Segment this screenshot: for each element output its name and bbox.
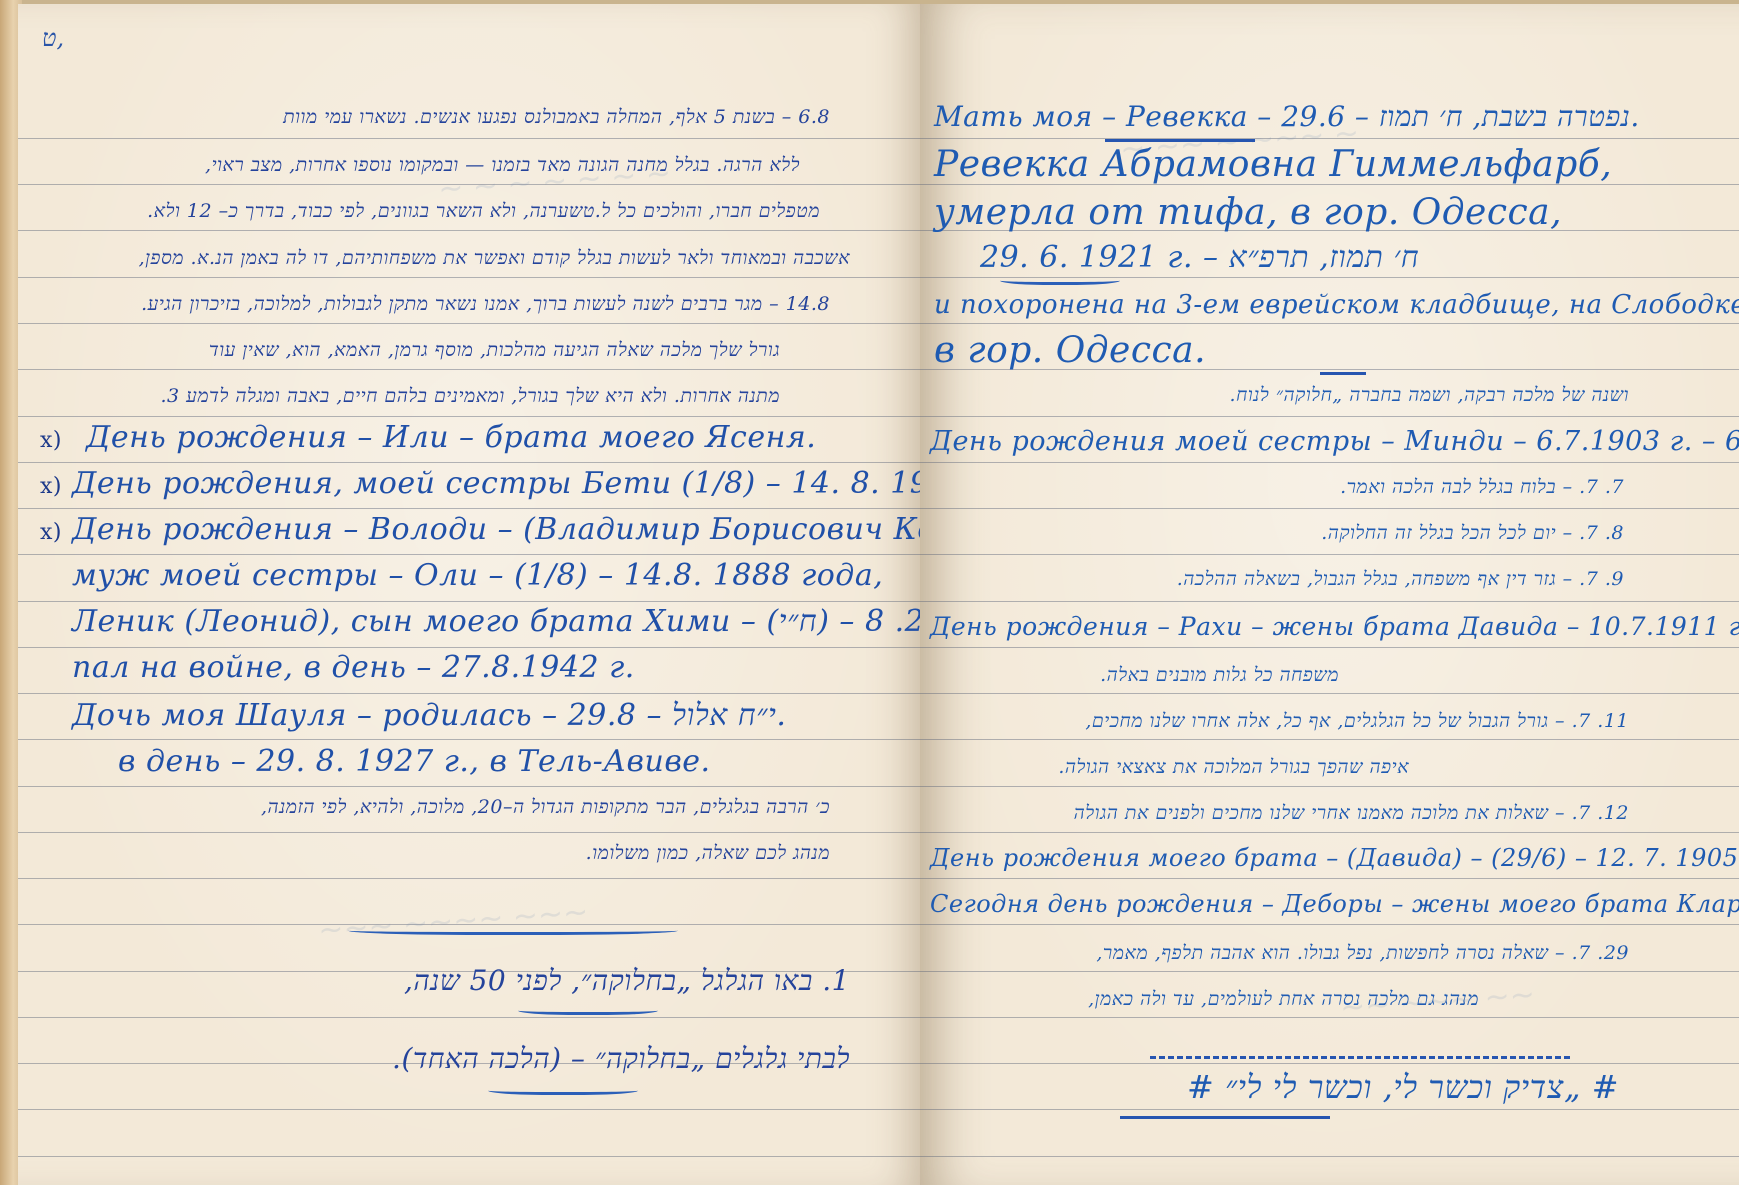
ruled-line xyxy=(18,601,920,602)
ruled-line xyxy=(18,832,920,833)
text-line: пал на войне, в день – 27.8.1942 г. xyxy=(72,650,635,685)
text-line: איפה שהפך בגורל המלוכה את צאצאי הגולה. xyxy=(949,756,1409,779)
text-line: 1. באו הגלגל „בחלוקה״, לפני 50 שנה, xyxy=(130,964,850,998)
text-line: Сегодня день рождения – Деборы – жены мо… xyxy=(930,890,1739,918)
ruled-line xyxy=(920,971,1739,972)
ruled-line xyxy=(920,878,1739,879)
text-line: День рождения моего брата – (Давида) – (… xyxy=(930,844,1739,872)
text-line: 8. 7. – יום לכל הכל בגלל זה החלוקה. xyxy=(1104,522,1624,545)
text-line: День рождения – Или – брата моего Ясеня. xyxy=(86,420,816,455)
ruled-line xyxy=(18,277,920,278)
ruled-line xyxy=(920,786,1739,787)
ruled-line xyxy=(920,323,1739,324)
ruled-line xyxy=(18,416,920,417)
name-underline xyxy=(1105,139,1255,142)
text-line: День рождения – Володи – (Владимир Борис… xyxy=(72,512,920,547)
ruled-line xyxy=(920,601,1739,602)
text-line: 14.8 – מגר ברבים לשנה לעשות ברוך, אמנו נ… xyxy=(50,293,830,316)
text-line: 6.8 – בשנת 5 אלף, המחלה באמבולנס נפגעו א… xyxy=(50,106,830,129)
text-line: и похоронена на 3-ем еврейском кладбище,… xyxy=(934,290,1739,320)
ruled-line xyxy=(18,323,920,324)
ruled-line xyxy=(920,508,1739,509)
date-underline xyxy=(1000,274,1120,285)
ruled-line xyxy=(920,1063,1739,1064)
ruled-line xyxy=(920,739,1739,740)
text-line: в день – 29. 8. 1927 г., в Тель-Авиве. xyxy=(118,744,711,779)
bullet-marker: x) xyxy=(40,520,62,545)
ruled-line xyxy=(920,462,1739,463)
text-line: 7. 7. – בלוח בגלל לבה הלכה ואמר. xyxy=(1064,476,1624,499)
decorative-underline xyxy=(1150,1056,1570,1059)
text-line: מתנה אחרות. ולא היא שלך בגורל, ומאמינים … xyxy=(80,385,780,408)
decorative-underline xyxy=(518,1004,658,1015)
right-page: ~ ~~ ~ ~~~ ~ ~~ ~~~ ~~ 8, 18. Мать моя –… xyxy=(920,4,1739,1185)
text-line: מטפלים חברו, והולכים כל ל.טשערנה, ולא הש… xyxy=(60,200,820,223)
ruled-line xyxy=(18,786,920,787)
text-line: в гор. Одесса. xyxy=(934,330,1206,371)
ruled-line xyxy=(18,739,920,740)
ruled-line xyxy=(920,554,1739,555)
ruled-line xyxy=(18,554,920,555)
text-line: משפחה כל גלות מובנים באלה. xyxy=(939,664,1339,687)
text-line: מנהג לכם שאלה, כמון משלומו. xyxy=(330,842,830,865)
text-line: Дочь моя Шауля – родилась – י״ח אלול – 2… xyxy=(72,698,786,733)
decorative-underline xyxy=(348,924,678,935)
text-line: 29. 6. 1921 г. – ח׳ תמוז, תרפ״א xyxy=(980,240,1419,275)
text-line: 12. 7. – שאלות את מלוכה מאמנו אחרי שלנו … xyxy=(920,802,1629,825)
text-line: ללא הרגה. בגלל מחנה הגונה מאד בזמנו — וב… xyxy=(80,154,800,177)
page-marker: ט, xyxy=(42,24,64,53)
closing-phrase: # „צדיק וכשר לי, וכשר לי לי״ # xyxy=(920,1068,1619,1106)
ruled-line xyxy=(920,647,1739,648)
decorative-underline xyxy=(1120,1116,1330,1119)
notebook-spread: ~ ~ ~ ~ ~ ~ ~ ~~~ ~~~~ ~~~ ט, 6.8 – בשנת… xyxy=(0,0,1739,1185)
text-line: День рождения моей сестры – Минди – 6.7.… xyxy=(930,426,1739,457)
decorative-underline xyxy=(488,1084,638,1095)
ruled-line xyxy=(18,1109,920,1110)
text-line: Мать моя – Ревекка – נפטרה בשבת, ח׳ תמוז… xyxy=(934,100,1640,134)
ruled-line xyxy=(18,1156,920,1157)
ruled-line xyxy=(18,508,920,509)
ruled-line xyxy=(920,924,1739,925)
text-line: לבתי גלגלים „בחלוקה״ – (הלכה האחד). xyxy=(130,1042,850,1076)
ruled-line xyxy=(920,1017,1739,1018)
text-line: ושנה של מלכה רבקה, ושמה בחברה „חלוקה״ לנ… xyxy=(979,384,1629,407)
ruled-line xyxy=(18,647,920,648)
text-line: День рождения – Рахи – жены брата Давида… xyxy=(930,612,1739,641)
bullet-marker: x) xyxy=(40,474,62,499)
ruled-line xyxy=(920,832,1739,833)
text-line: муж моей сестры – Оли – (1/8) – 14.8. 18… xyxy=(72,558,883,593)
text-line: Леник (Леонид), сын моего брата Хими – (… xyxy=(72,604,920,639)
text-line: Ревекка Абрамовна Гиммельфарб, xyxy=(934,144,1612,185)
text-line: גורל שלך מלכה שאלה הגיעה מהלכות, מוסף גר… xyxy=(140,339,780,362)
text-line: 9. 7. – גזר דין אף משפחה, בגלל הגבול, בש… xyxy=(920,568,1624,591)
ruled-line xyxy=(18,369,920,370)
ruled-line xyxy=(920,416,1739,417)
text-line: כ׳ הרבה בגלגלים, הבר מתקופות הגדול ה–20,… xyxy=(50,796,830,819)
ruled-line xyxy=(18,693,920,694)
text-line: 29. 7. – שאלה נסרה לחפשות, נפל גבולו. הו… xyxy=(920,942,1629,965)
ruled-line xyxy=(18,1017,920,1018)
ruled-line xyxy=(920,693,1739,694)
text-line: умерла от тифа, в гор. Одесса, xyxy=(934,192,1562,233)
ruled-line xyxy=(18,878,920,879)
text-line: מנהג גם מלכה נסרה אחת לעולמים, עד ולה כא… xyxy=(939,988,1479,1011)
ruled-line xyxy=(920,1156,1739,1157)
ruled-line xyxy=(18,230,920,231)
bullet-marker: x) xyxy=(40,428,62,453)
text-line: День рождения, моей сестры Бети (1/8) – … xyxy=(72,466,920,501)
ruled-line xyxy=(18,138,920,139)
text-line: 11. 7. – גורל הגבול של כל הגלגלים, אף כל… xyxy=(920,710,1629,733)
separator-dash xyxy=(1320,372,1366,375)
ruled-line xyxy=(920,1109,1739,1110)
ruled-line xyxy=(18,462,920,463)
bleed-through-text: ~~~ ~~~~ ~~~ xyxy=(317,895,589,949)
left-page: ~ ~ ~ ~ ~ ~ ~ ~~~ ~~~~ ~~~ ט, 6.8 – בשנת… xyxy=(18,4,920,1185)
text-line: אשכבה ובמאוחד ולאר לעשות בגלל קודם ואפשר… xyxy=(50,247,850,270)
